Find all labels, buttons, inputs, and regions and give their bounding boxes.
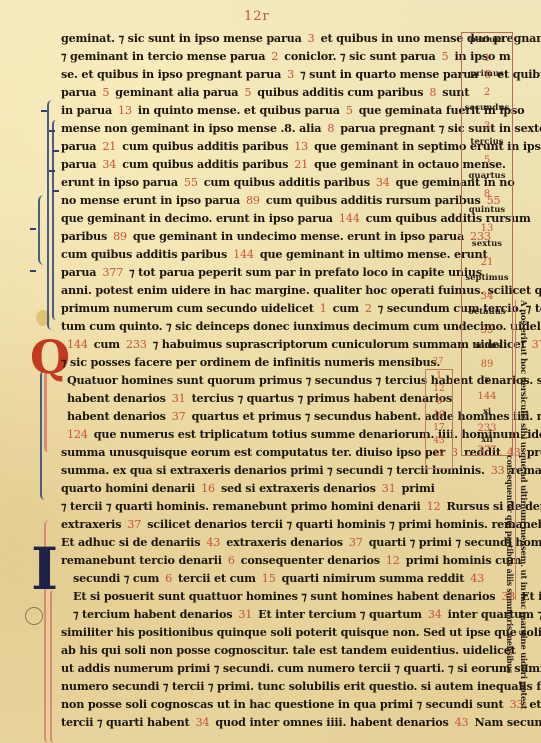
decorated-initial-i: I — [31, 540, 58, 598]
table-value: 233 — [462, 423, 512, 434]
table-value: 55 — [462, 325, 512, 336]
leaf-ornament — [30, 228, 36, 230]
text-line: parua5geminant alia parua5quibus additis… — [61, 84, 469, 100]
text-line: paribus89que geminant in undecimo mense.… — [61, 228, 497, 244]
manuscript-page: 12r Q I geminat. ⁊ sic sunt in ipso mens… — [0, 0, 541, 743]
table-value: 1 — [462, 53, 512, 64]
text-line: remanebunt tercio denarii6consequenter d… — [61, 552, 521, 568]
table-label: nonus — [462, 341, 512, 352]
small-table-value: 43 — [426, 435, 452, 448]
table-label: tercius — [462, 137, 512, 148]
text-line: parua377⁊ tot parua peperit sum par in p… — [61, 264, 482, 280]
table-value: 2 — [462, 87, 512, 98]
table-value: 34 — [462, 291, 512, 302]
text-line: erunt in ipso parua55cum quibus additis … — [61, 174, 515, 190]
table-label: octauus — [462, 307, 512, 318]
margin-fibonacci-table: parium 1 primus 2 secundus 3 tercius 5 q… — [461, 32, 513, 456]
marginal-gloss-1: A nos erit ut hoc uersiculis sibi usque … — [518, 300, 528, 540]
text-line: numero secundi ⁊ tercii ⁊ primi. tunc so… — [61, 678, 541, 694]
leaf-ornament — [30, 270, 36, 272]
text-line: ⁊ tercium habent denarios31Et inter terc… — [73, 606, 541, 622]
small-table-value: 12 — [426, 383, 452, 396]
table-value: 13 — [462, 223, 512, 234]
table-label: xi — [462, 407, 512, 418]
text-line: ab his qui soli non posse cognoscitur. t… — [61, 642, 516, 658]
margin-small-table: 1 12 6 10 17 43 12 — [425, 369, 453, 469]
table-label: secundus — [462, 103, 512, 114]
text-line: ⁊ geminant in tercio mense parua2coniclo… — [61, 48, 511, 64]
table-value: 89 — [462, 359, 512, 370]
folio-number: 12r — [244, 9, 270, 24]
text-line: ⁊ sic posses facere per ordinem de infin… — [61, 354, 440, 370]
leaf-ornament — [49, 170, 55, 172]
table-label: primus — [462, 69, 512, 80]
table-value: 21 — [462, 257, 512, 268]
leaf-ornament — [41, 110, 47, 112]
table-label: septimus — [462, 273, 512, 284]
penwork-flourish-curl — [38, 195, 50, 265]
small-table-value: 10 — [426, 409, 452, 422]
margin-circle-mark — [25, 607, 43, 625]
text-line: similiter his positionibus quinque soli … — [61, 624, 541, 640]
table-label: parium — [462, 35, 512, 46]
text-line: quarto homini denarii16sed si extraxeris… — [61, 480, 435, 496]
table-label: sextus — [462, 239, 512, 250]
text-line: parua34cum quibus additis paribus21que g… — [61, 156, 506, 172]
table-label: quintus — [462, 205, 512, 216]
table-value: 3 — [462, 121, 512, 132]
leaf-ornament — [53, 190, 59, 192]
text-line: Et adhuc si de denariis43extraxeris dena… — [61, 534, 541, 550]
text-line: tercii ⁊ quarti habent34quod inter omnes… — [61, 714, 541, 730]
table-value: 5 — [462, 155, 512, 166]
small-table-value: 12 — [426, 448, 452, 461]
table-value: 8 — [462, 189, 512, 200]
q-initial-red-tail — [44, 372, 51, 452]
small-table-value: 6 — [426, 396, 452, 409]
leaf-ornament — [49, 130, 55, 132]
small-table-value: 1 — [426, 370, 452, 383]
text-line: summa. ex qua si extraxeris denarios pri… — [61, 462, 541, 478]
table-label: quartus — [462, 171, 512, 182]
small-table-header: 27 — [433, 356, 443, 365]
gloss-rule — [515, 300, 516, 600]
leaf-ornament — [53, 150, 59, 152]
text-line: habent denarios31tercius ⁊ quartus ⁊ pri… — [67, 390, 452, 406]
i-initial-red-vine-inner — [50, 590, 58, 743]
text-line: secundi ⁊ cum6tercii et cum15quarti nimi… — [73, 570, 490, 586]
text-line: extraxeris37scilicet denarios tercii ⁊ q… — [61, 516, 541, 532]
text-line: in parua13in quinto mense. et quibus par… — [61, 102, 524, 118]
table-label: x — [462, 375, 512, 386]
text-line: ut addis numerum primi ⁊ secundi. cum nu… — [61, 660, 541, 676]
text-line: ⁊ tercii ⁊ quarti hominis. remanebunt pr… — [61, 498, 541, 514]
table-value: 144 — [462, 391, 512, 402]
text-line: no mense erunt in ipso parua89cum quibus… — [61, 192, 506, 208]
text-line: non posse soli cognoscas ut in hac quest… — [61, 696, 541, 712]
text-line: cum quibus additis paribus144que geminan… — [61, 246, 487, 262]
marginal-gloss-2: consequenter qui partibus aliis summaris… — [505, 455, 515, 605]
small-table-value: 17 — [426, 422, 452, 435]
text-line: Et si posuerit sunt quattuor homines ⁊ s… — [73, 588, 541, 604]
